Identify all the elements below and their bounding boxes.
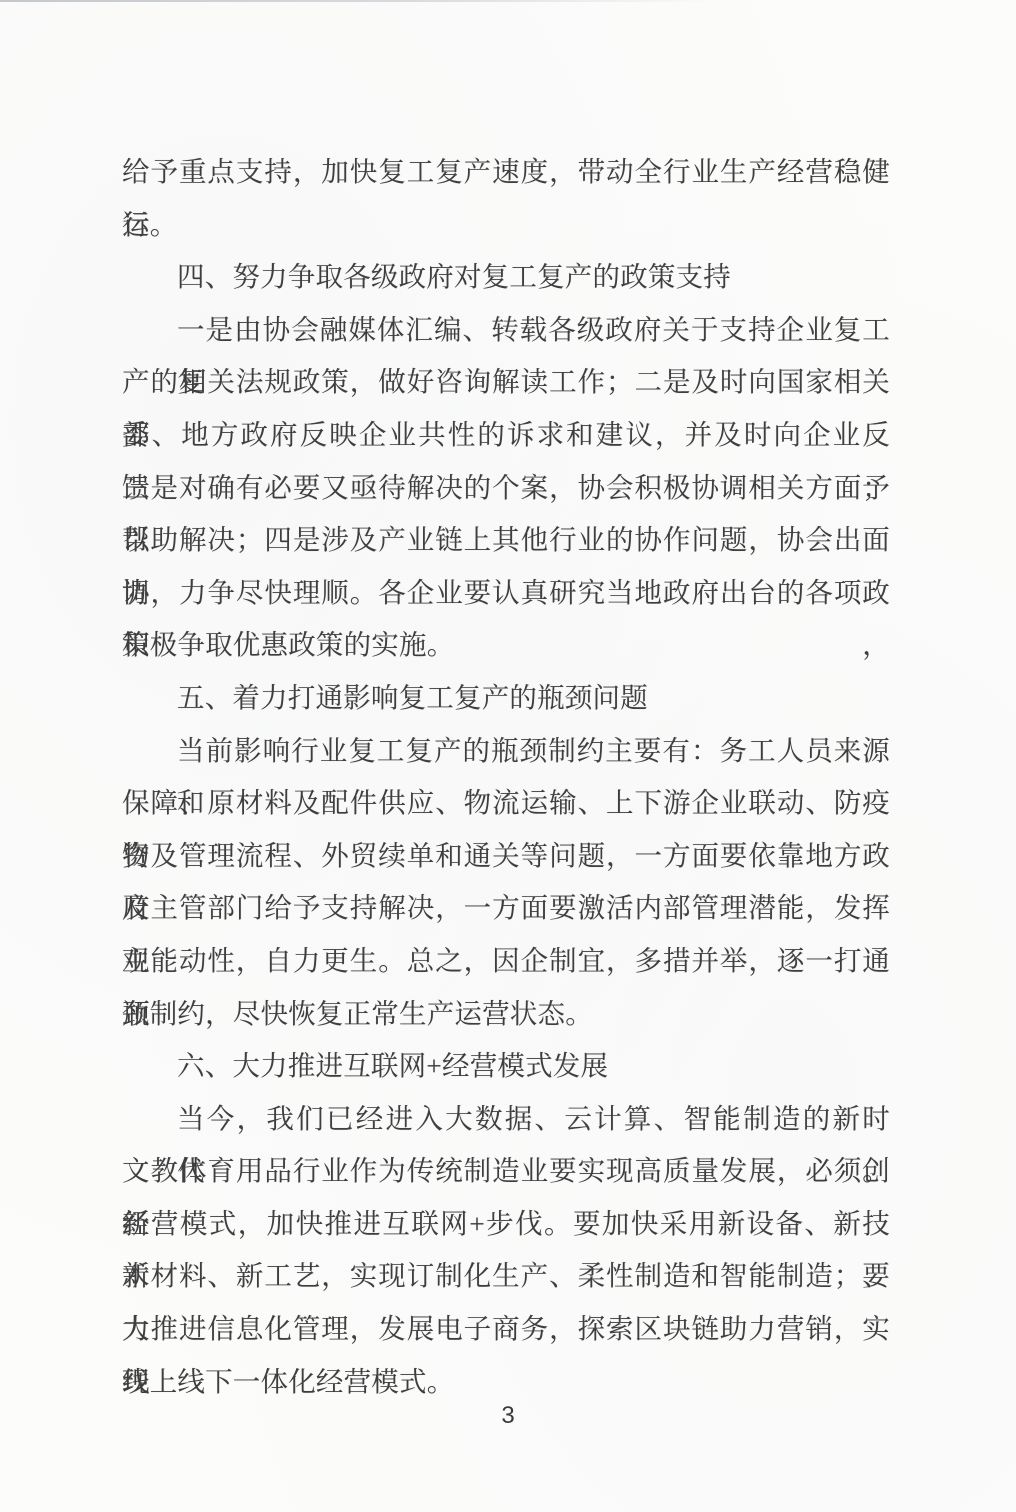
text-line: 经营模式，加快推进互联网+步伐。要加快采用新设备、新技术、 [122, 1198, 890, 1251]
text-line: 当今，我们已经进入大数据、云计算、智能制造的新时代。 [122, 1093, 890, 1146]
section-heading-4: 四、努力争取各级政府对复工复产的政策支持 [122, 251, 890, 304]
document-text-block: 给予重点支持，加快复工复产速度，带动全行业生产经营稳健运 行。 四、努力争取各级… [122, 146, 890, 1408]
text-line: 产的相关法规政策，做好咨询解读工作；二是及时向国家相关部 [122, 356, 890, 409]
section-heading-6: 六、大力推进互联网+经营模式发展 [122, 1040, 890, 1093]
section-heading-5: 五、着力打通影响复工复产的瓶颈问题 [122, 672, 890, 725]
text-line: 行。 [122, 199, 890, 252]
text-line: 保障、原材料及配件供应、物流运输、上下游企业联动、防疫物 [122, 777, 890, 830]
text-line: 观能动性，自力更生。总之，因企制宜，多措并举，逐一打通瓶 [122, 935, 890, 988]
text-line: 帮助解决；四是涉及产业链上其他行业的协作问题，协会出面协 [122, 514, 890, 567]
text-line: 文教体育用品行业作为传统制造业要实现高质量发展，必须创新 [122, 1145, 890, 1198]
text-line: 力推进信息化管理，发展电子商务，探索区块链助力营销，实现 [122, 1303, 890, 1356]
text-line: 及主管部门给予支持解决，一方面要激活内部管理潜能，发挥主 [122, 882, 890, 935]
text-line: 颈制约，尽快恢复正常生产运营状态。 [122, 988, 890, 1041]
text-line: 委、地方政府反映企业共性的诉求和建议，并及时向企业反馈； [122, 409, 890, 462]
text-line: 给予重点支持，加快复工复产速度，带动全行业生产经营稳健运 [122, 146, 890, 199]
text-line: 一是由协会融媒体汇编、转载各级政府关于支持企业复工复 [122, 304, 890, 357]
text-line: 三是对确有必要又亟待解决的个案，协会积极协调相关方面予以 [122, 462, 890, 515]
page-number: 3 [0, 1398, 1016, 1434]
text-line: 资及管理流程、外贸续单和通关等问题，一方面要依靠地方政府 [122, 830, 890, 883]
text-line: 当前影响行业复工复产的瓶颈制约主要有：务工人员来源和 [122, 725, 890, 778]
text-line: 调，力争尽快理顺。各企业要认真研究当地政府出台的各项政策， [122, 567, 890, 620]
scanned-document-page: { "page": { "number": "3", "background_c… [0, 0, 1016, 1512]
text-line: 新材料、新工艺，实现订制化生产、柔性制造和智能制造；要大 [122, 1250, 890, 1303]
scan-edge-artifact [0, 0, 720, 2]
